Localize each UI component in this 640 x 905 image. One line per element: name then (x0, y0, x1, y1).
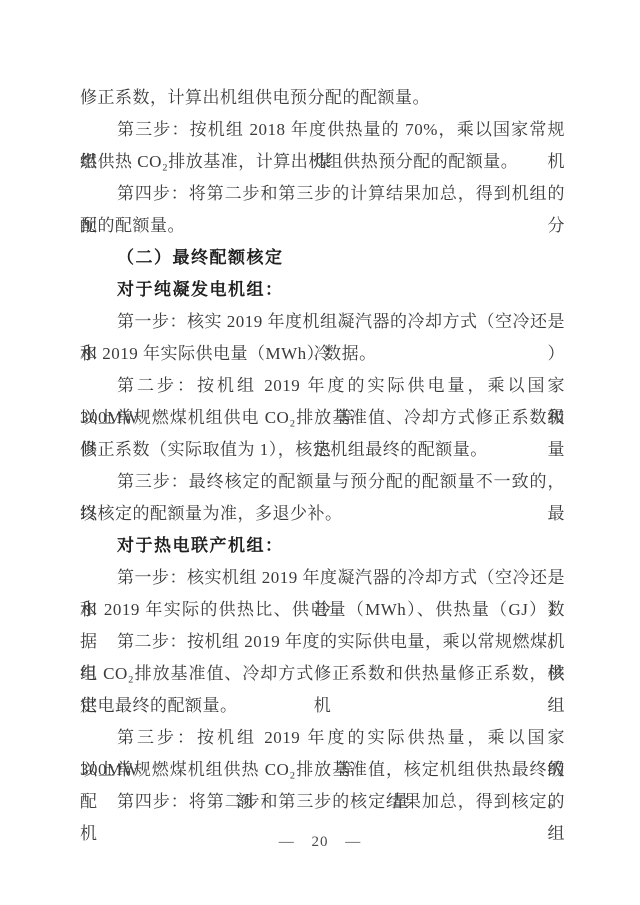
text-line: 第二步：按机组 2019 年度的实际供电量，乘以国家 300MW 等级 (80, 370, 565, 402)
text-line: 以上常规燃煤机组供电 CO₂排放基准值、冷却方式修正系数和供热量 (80, 402, 565, 434)
text-line: 第三步：按机组 2019 年度的实际供热量，乘以国家 300MW 等级 (80, 722, 565, 754)
text-line: 第三步：按机组 2018 年度供热量的 70%，乘以国家常规燃煤机 (80, 114, 565, 146)
text-line: 组供热 CO₂排放基准，计算出机组供热预分配的配额量。 (80, 146, 565, 178)
text-line: 第二步：按机组 2019 年度的实际供电量，乘以常规燃煤机组供 (80, 626, 565, 658)
text-line: 以上常规燃煤机组供热 CO₂排放基准值，核定机组供热最终的配额量。 (80, 754, 565, 786)
text-line: 第四步：将第二步和第三步的核定结果加总，得到核定的机组 (80, 786, 565, 818)
text-line: 和 2019 年实际的供热比、供电量（MWh）、供热量（GJ）数据。 (80, 594, 565, 626)
heading-line: 对于热电联产机组： (80, 530, 565, 562)
text-line: 第三步：最终核定的配额量与预分配的配额量不一致的，以最 (80, 466, 565, 498)
page-number: — 20 — (279, 834, 362, 850)
page-footer: — 20 — (0, 834, 640, 851)
text-line: 第一步：核实 2019 年度机组凝汽器的冷却方式（空冷还是水冷） (80, 306, 565, 338)
text-line: 第一步：核实机组 2019 年度凝汽器的冷却方式（空冷还是水冷） (80, 562, 565, 594)
document-body: 修正系数，计算出机组供电预分配的配额量。第三步：按机组 2018 年度供热量的 … (80, 82, 565, 818)
heading-line: 对于纯凝发电机组： (80, 274, 565, 306)
text-line: 第四步：将第二步和第三步的计算结果加总，得到机组的预分 (80, 178, 565, 210)
heading-line: （二）最终配额核定 (80, 242, 565, 274)
text-line: 修正系数，计算出机组供电预分配的配额量。 (80, 82, 565, 114)
text-line: 电 CO₂排放基准值、冷却方式修正系数和供热量修正系数，核定机组 (80, 658, 565, 690)
document-page: 修正系数，计算出机组供电预分配的配额量。第三步：按机组 2018 年度供热量的 … (0, 0, 640, 905)
